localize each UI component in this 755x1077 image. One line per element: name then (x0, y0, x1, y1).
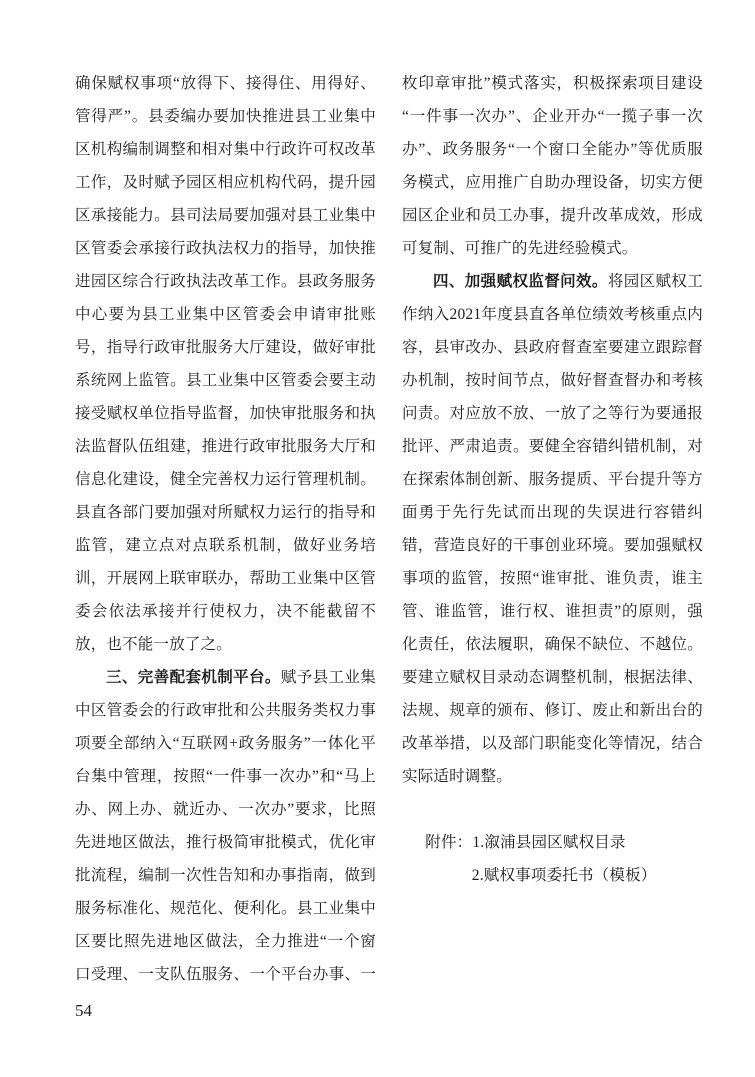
document-text-columns: 确保赋权事项“放得下、接得住、用得好、管得严”。县委编办要加快推进县工业集中区机… (75, 67, 703, 1015)
document-page: 确保赋权事项“放得下、接得住、用得好、管得严”。县委编办要加快推进县工业集中区机… (0, 0, 755, 1077)
section-4-heading: 四、加强赋权监督问效。 (433, 273, 608, 290)
paragraph-section-4: 四、加强赋权监督问效。将园区赋权工作纳入2021年度县直各单位绩效考核重点内容，… (402, 265, 703, 793)
paragraph-text: 将园区赋权工作纳入2021年度县直各单位绩效考核重点内容，县审改办、县政府督查室… (402, 273, 703, 785)
paragraph-text: 确保赋权事项“放得下、接得住、用得好、管得严”。县委编办要加快推进县工业集中区机… (75, 75, 376, 653)
attachment-item-2: 2.赋权事项委托书（模板） (472, 867, 657, 884)
attachment-line-1: 附件：1.溆浦县园区赋权目录 (402, 826, 703, 859)
section-3-heading: 三、完善配套机制平台。 (106, 669, 281, 686)
paragraph-continued: 确保赋权事项“放得下、接得住、用得好、管得严”。县委编办要加快推进县工业集中区机… (75, 67, 376, 661)
attachment-label: 附件： (425, 834, 472, 851)
attachment-line-2: 2.赋权事项委托书（模板） (402, 859, 703, 892)
attachment-item-1: 1.溆浦县园区赋权目录 (472, 834, 625, 851)
attachment-block: 附件：1.溆浦县园区赋权目录 2.赋权事项委托书（模板） (402, 826, 703, 892)
page-number: 54 (75, 999, 92, 1023)
